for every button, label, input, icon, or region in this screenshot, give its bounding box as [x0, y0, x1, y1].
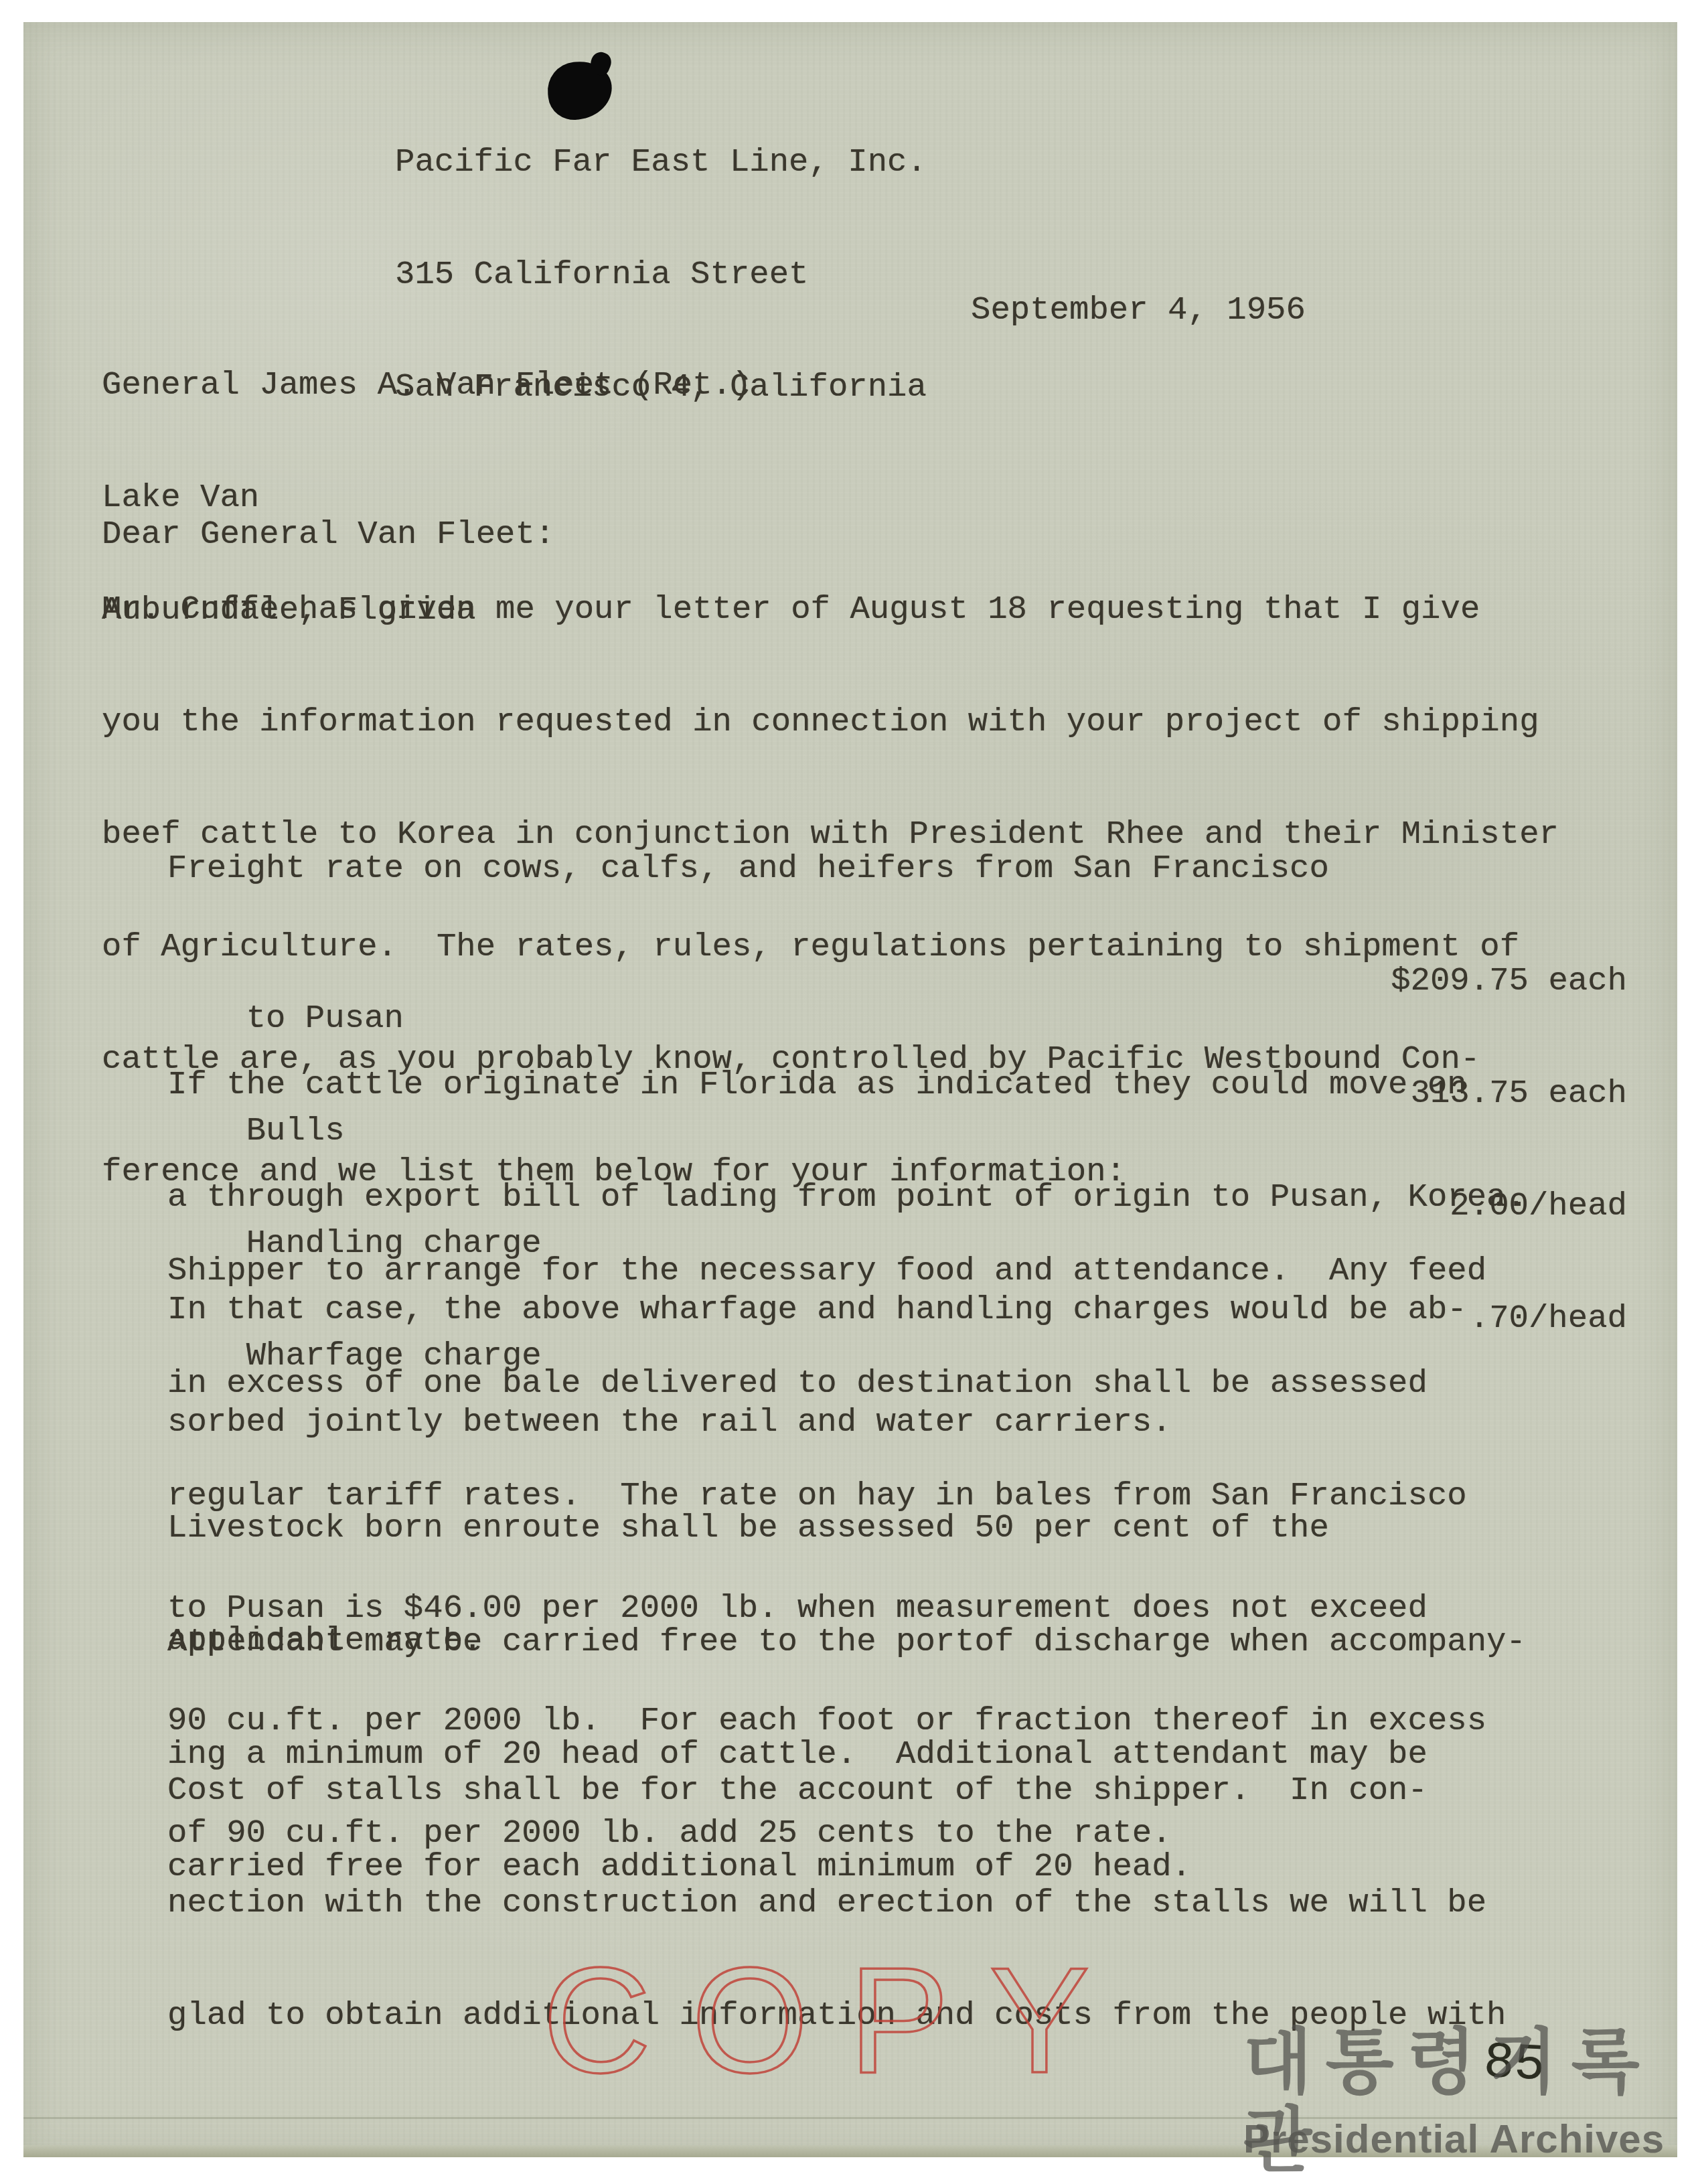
rate-table-intro: Freight rate on cows, calfs, and heifers…: [167, 850, 1627, 887]
letterhead-street: 315 California Street: [395, 256, 927, 293]
english-watermark: Presidential Archives: [1243, 2117, 1665, 2161]
stalls-line: Cost of stalls shall be for the account …: [167, 1772, 1507, 1809]
date-block: September 4, 1956: [971, 216, 1306, 366]
attendant-line: Attendant may be carried free to the por…: [167, 1623, 1526, 1660]
shipper-line: in excess of one bale delivered to desti…: [167, 1364, 1486, 1402]
intro-line: you the information requested in connect…: [102, 703, 1559, 740]
copy-stamp: COPY: [542, 1945, 1130, 2096]
scanned-letter-page: { "letterhead": { "company": "Pacific Fa…: [0, 0, 1694, 2184]
livestock-line: Livestock born enroute shall be assessed…: [167, 1509, 1329, 1547]
recipient-name: General James A. Van Fleet (Ret.): [102, 366, 751, 404]
letter-date: September 4, 1956: [971, 291, 1306, 329]
shipper-line: Shipper to arrange for the necessary foo…: [167, 1252, 1486, 1290]
florida-line: If the cattle originate in Florida as in…: [167, 1066, 1526, 1103]
ink-blot: [548, 62, 612, 119]
letterhead-company: Pacific Far East Line, Inc.: [395, 143, 927, 181]
stalls-line: nection with the construction and erecti…: [167, 1884, 1507, 1922]
intro-line: Mr. Cuffe has given me your letter of Au…: [102, 591, 1559, 628]
